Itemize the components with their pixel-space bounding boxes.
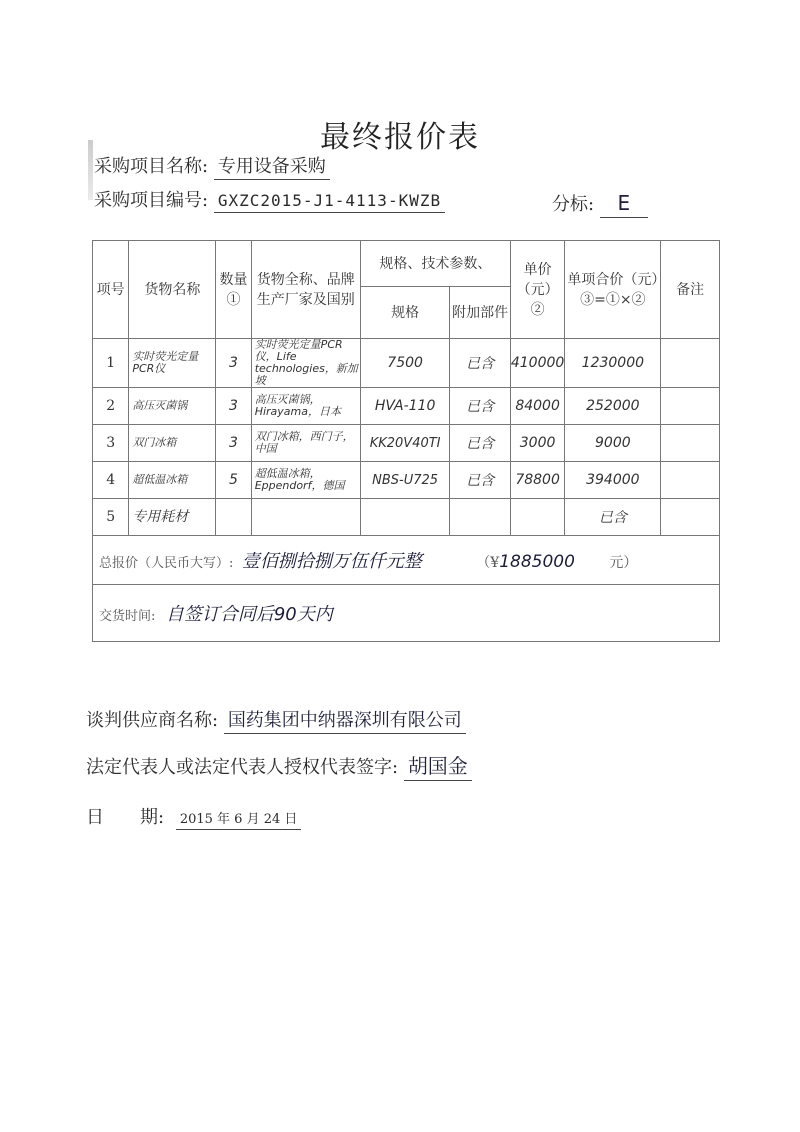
date-value: 2015 年 6 月 24 日 <box>176 812 302 830</box>
total-price-label: 总报价（人民币大写）: <box>99 556 233 571</box>
header-goods-name: 货物名称 <box>129 241 216 339</box>
row-quantity <box>216 499 251 536</box>
total-price-figure-suffix: 元） <box>609 555 637 571</box>
quotation-table: 项号 货物名称 数量① 货物全称、品牌生产厂家及国别 规格、技术参数、 单价（元… <box>92 240 720 642</box>
project-name-label: 采购项目名称: <box>94 156 208 177</box>
row-no: 5 <box>93 499 129 536</box>
lot-row: 分标: E <box>552 190 648 218</box>
row-remarks <box>661 425 720 462</box>
row-line-total: 已含 <box>565 499 661 536</box>
row-full-name: 实时荧光定量PCR仪，Life technologies，新加坡 <box>251 339 360 388</box>
table-row: 5 专用耗材 已含 <box>93 499 720 536</box>
supplier-value: 国药集团中纳器深圳有限公司 <box>224 710 466 734</box>
delivery-time-value: 自签订合同后90天内 <box>166 604 333 625</box>
row-accessories: 已含 <box>450 462 511 499</box>
project-name-row: 采购项目名称: 专用设备采购 <box>94 152 330 178</box>
row-no: 4 <box>93 462 129 499</box>
table-row: 4 超低温冰箱 5 超低温冰箱，Eppendorf，德国 NBS-U725 已含… <box>93 462 720 499</box>
row-spec <box>360 499 449 536</box>
row-spec: NBS-U725 <box>360 462 449 499</box>
row-accessories: 已含 <box>450 339 511 388</box>
header-spec: 规格 <box>360 287 449 339</box>
row-goods-name: 超低温冰箱 <box>129 462 216 499</box>
signature-label: 法定代表人或法定代表人授权代表签字: <box>86 757 398 778</box>
row-accessories <box>450 499 511 536</box>
row-spec: KK20V40TI <box>360 425 449 462</box>
row-unit-price: 78800 <box>510 462 564 499</box>
row-line-total: 394000 <box>565 462 661 499</box>
row-line-total: 9000 <box>565 425 661 462</box>
project-code-value: GXZC2015-J1-4113-KWZB <box>214 191 445 213</box>
table-row: 2 高压灭菌锅 3 高压灭菌锅，Hirayama，日本 HVA-110 已含 8… <box>93 388 720 425</box>
row-spec: 7500 <box>360 339 449 388</box>
date-row: 日 期: 2015 年 6 月 24 日 <box>86 803 301 829</box>
signature-row: 法定代表人或法定代表人授权代表签字: 胡国金 <box>86 750 472 779</box>
header-unit-price: 单价（元）② <box>510 241 564 339</box>
table-row: 3 双门冰箱 3 双门冰箱，西门子，中国 KK20V40TI 已含 3000 9… <box>93 425 720 462</box>
row-unit-price: 410000 <box>510 339 564 388</box>
header-spec-group: 规格、技术参数、 <box>360 241 510 287</box>
row-unit-price <box>510 499 564 536</box>
page-title: 最终报价表 <box>0 112 800 156</box>
row-remarks <box>661 388 720 425</box>
row-quantity: 3 <box>216 425 251 462</box>
row-accessories: 已含 <box>450 425 511 462</box>
supplier-label: 谈判供应商名称: <box>86 710 218 731</box>
row-goods-name: 双门冰箱 <box>129 425 216 462</box>
delivery-time-row: 交货时间: 自签订合同后90天内 <box>93 585 720 642</box>
total-price-row: 总报价（人民币大写）: 壹佰捌拾捌万伍仟元整 （¥1885000 元） <box>93 536 720 585</box>
row-goods-name: 专用耗材 <box>129 499 216 536</box>
row-line-total: 252000 <box>565 388 661 425</box>
project-code-label: 采购项目编号: <box>94 190 208 211</box>
total-price-figure-prefix: （¥ <box>476 555 499 571</box>
row-remarks <box>661 339 720 388</box>
delivery-time-label: 交货时间: <box>99 609 155 624</box>
date-label: 日 期: <box>86 807 164 828</box>
header-full-name: 货物全称、品牌生产厂家及国别 <box>251 241 360 339</box>
lot-label: 分标: <box>552 194 594 215</box>
header-line-total: 单项合价（元）③=①×② <box>565 241 661 339</box>
supplier-row: 谈判供应商名称: 国药集团中纳器深圳有限公司 <box>86 706 466 732</box>
row-remarks <box>661 462 720 499</box>
project-code-row: 采购项目编号: GXZC2015-J1-4113-KWZB <box>94 186 445 212</box>
row-full-name: 超低温冰箱，Eppendorf，德国 <box>251 462 360 499</box>
row-unit-price: 84000 <box>510 388 564 425</box>
row-spec: HVA-110 <box>360 388 449 425</box>
header-accessories: 附加部件 <box>450 287 511 339</box>
row-quantity: 3 <box>216 388 251 425</box>
lot-value: E <box>600 191 648 218</box>
total-price-figure: 1885000 <box>499 552 575 572</box>
row-full-name <box>251 499 360 536</box>
table-row: 1 实时荧光定量PCR仪 3 实时荧光定量PCR仪，Life technolog… <box>93 339 720 388</box>
row-remarks <box>661 499 720 536</box>
row-full-name: 双门冰箱，西门子，中国 <box>251 425 360 462</box>
row-no: 2 <box>93 388 129 425</box>
row-full-name: 高压灭菌锅，Hirayama，日本 <box>251 388 360 425</box>
row-quantity: 5 <box>216 462 251 499</box>
header-quantity: 数量① <box>216 241 251 339</box>
row-goods-name: 高压灭菌锅 <box>129 388 216 425</box>
row-quantity: 3 <box>216 339 251 388</box>
header-item-no: 项号 <box>93 241 129 339</box>
row-goods-name: 实时荧光定量PCR仪 <box>129 339 216 388</box>
signature-value: 胡国金 <box>404 754 472 781</box>
total-price-words: 壹佰捌拾捌万伍仟元整 <box>242 551 422 572</box>
row-no: 1 <box>93 339 129 388</box>
row-line-total: 1230000 <box>565 339 661 388</box>
project-name-value: 专用设备采购 <box>214 156 330 180</box>
row-no: 3 <box>93 425 129 462</box>
row-accessories: 已含 <box>450 388 511 425</box>
header-remarks: 备注 <box>661 241 720 339</box>
row-unit-price: 3000 <box>510 425 564 462</box>
